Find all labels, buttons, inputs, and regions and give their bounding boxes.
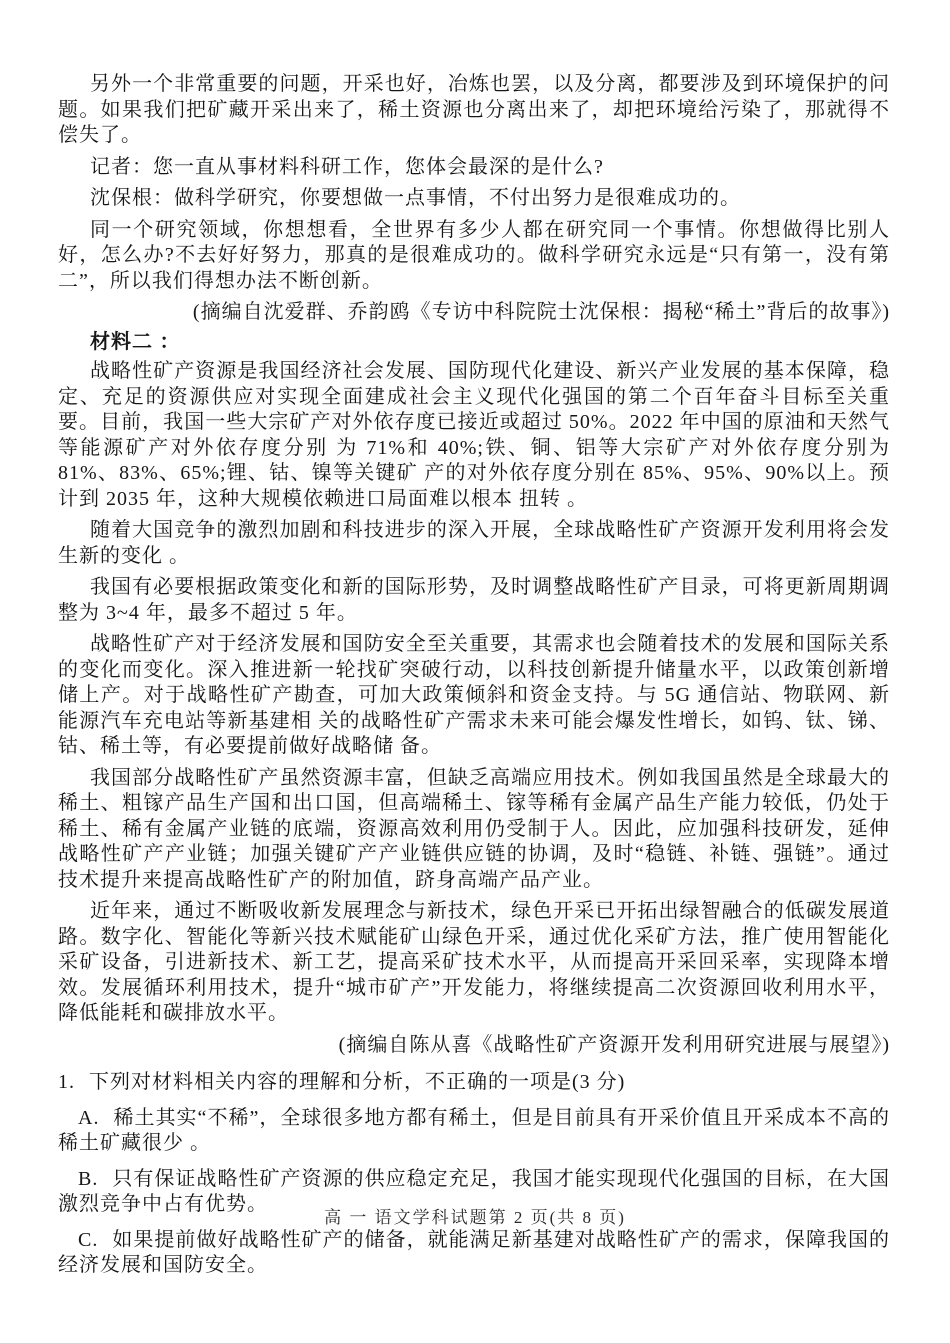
- body-paragraph: 沈保根：做科学研究，你要想做一点事情，不付出努力是很难成功的。: [58, 186, 890, 212]
- material-heading: 材料二 ：: [58, 330, 890, 356]
- item-label: 1.: [58, 1071, 75, 1093]
- paragraph-text: 沈保根：做科学研究，你要想做一点事情，不付出努力是很难成功的。: [90, 187, 741, 209]
- body-paragraph: 近年来，通过不断吸收新发展理念与新技术，绿色开采已开拓出绿智融合的低碳发展道路。…: [58, 899, 890, 1027]
- paragraph-text: 如果提前做好战略性矿产的储备，就能满足新基建对战略性矿产的需求，保障我国的经济发…: [58, 1229, 890, 1277]
- paragraph-text: 记者：您一直从事材料科研工作，您体会最深的是什么?: [90, 156, 604, 178]
- paragraph-text: (摘编自陈从喜《战略性矿产资源开发利用研究进展与展望》): [339, 1034, 890, 1056]
- body-paragraph: 另外一个非常重要的问题，开采也好，冶炼也罢，以及分离，都要涉及到环境保护的问题。…: [58, 72, 890, 149]
- item-label: B.: [78, 1168, 98, 1190]
- paragraph-text: 我国部分战略性矿产虽然资源丰富，但缺乏高端应用技术。例如我国虽然是全球最大的稀土…: [58, 767, 890, 891]
- exam-page: 另外一个非常重要的问题，开采也好，冶炼也罢，以及分离，都要涉及到环境保护的问题。…: [0, 0, 950, 1343]
- option-item: C.如果提前做好战略性矿产的储备，就能满足新基建对战略性矿产的需求，保障我国的经…: [58, 1228, 890, 1279]
- body-paragraph: 我国有必要根据政策变化和新的国际形势，及时调整战略性矿产目录，可将更新周期调整为…: [58, 575, 890, 626]
- page-content: 另外一个非常重要的问题，开采也好，冶炼也罢，以及分离，都要涉及到环境保护的问题。…: [58, 72, 890, 1289]
- body-paragraph: 战略性矿产资源是我国经济社会发展、国防现代化建设、新兴产业发展的基本保障，稳定、…: [58, 359, 890, 512]
- body-paragraph: 记者：您一直从事材料科研工作，您体会最深的是什么?: [58, 155, 890, 181]
- paragraph-text: 我国有必要根据政策变化和新的国际形势，及时调整战略性矿产目录，可将更新周期调整为…: [58, 576, 890, 624]
- body-paragraph: 我国部分战略性矿产虽然资源丰富，但缺乏高端应用技术。例如我国虽然是全球最大的稀土…: [58, 766, 890, 894]
- page-footer: 高 一 语文学科试题第 2 页(共 8 页): [0, 1203, 950, 1228]
- paragraph-text: 随着大国竞争的激烈加剧和科技进步的深入开展，全球战略性矿产资源开发利用将会发生新…: [58, 519, 890, 567]
- paragraph-text: (摘编自沈爱群、乔韵鸥《专访中科院院士沈保根：揭秘“稀土”背后的故事》): [193, 301, 890, 323]
- paragraph-text: 另外一个非常重要的问题，开采也好，冶炼也罢，以及分离，都要涉及到环境保护的问题。…: [58, 73, 890, 146]
- body-paragraph: 同一个研究领域，你想想看，全世界有多少人都在研究同一个事情。你想做得比别人好，怎…: [58, 218, 890, 295]
- paragraph-text: 战略性矿产对于经济发展和国防安全至关重要，其需求也会随着技术的发展和国际关系的变…: [58, 633, 890, 757]
- question-item: 1.下列对材料相关内容的理解和分析，不正确的一项是(3 分): [58, 1070, 890, 1096]
- source-citation: (摘编自陈从喜《战略性矿产资源开发利用研究进展与展望》): [58, 1033, 890, 1059]
- paragraph-text: 近年来，通过不断吸收新发展理念与新技术，绿色开采已开拓出绿智融合的低碳发展道路。…: [58, 900, 890, 1024]
- body-paragraph: 随着大国竞争的激烈加剧和科技进步的深入开展，全球战略性矿产资源开发利用将会发生新…: [58, 518, 890, 569]
- source-citation: (摘编自沈爱群、乔韵鸥《专访中科院院士沈保根：揭秘“稀土”背后的故事》): [58, 300, 890, 326]
- item-label: A.: [78, 1107, 99, 1129]
- option-item: A.稀土其实“不稀”，全球很多地方都有稀土，但是目前具有开采价值且开采成本不高的…: [58, 1106, 890, 1157]
- paragraph-text: 同一个研究领域，你想想看，全世界有多少人都在研究同一个事情。你想做得比别人好，怎…: [58, 219, 890, 292]
- body-paragraph: 战略性矿产对于经济发展和国防安全至关重要，其需求也会随着技术的发展和国际关系的变…: [58, 632, 890, 760]
- paragraph-text: 稀土其实“不稀”，全球很多地方都有稀土，但是目前具有开采价值且开采成本不高的稀土…: [58, 1107, 890, 1155]
- paragraph-text: 战略性矿产资源是我国经济社会发展、国防现代化建设、新兴产业发展的基本保障，稳定、…: [58, 360, 890, 510]
- paragraph-text: 材料二 ：: [90, 331, 181, 353]
- item-label: C.: [78, 1229, 98, 1251]
- paragraph-text: 下列对材料相关内容的理解和分析，不正确的一项是(3 分): [89, 1071, 625, 1093]
